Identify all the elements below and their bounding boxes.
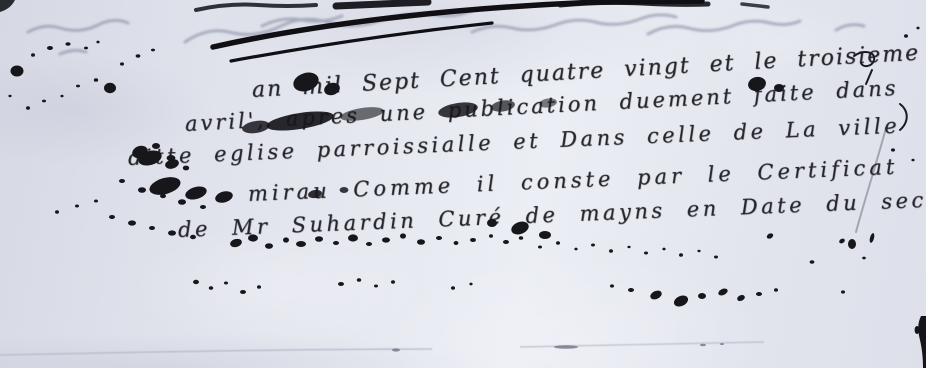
diagonal-flourish [213,1,702,61]
page-edge-mark [915,316,926,368]
bleedthrough-scrawl [28,11,864,54]
pen-flourishes [854,52,907,232]
ink-spatter [8,27,919,309]
manuscript-scan: an mil Sept Cent quatre vingt et le troi… [0,0,926,368]
paper-crease [0,342,764,355]
ink-overlay [0,0,926,368]
corner-smudge [0,0,15,12]
